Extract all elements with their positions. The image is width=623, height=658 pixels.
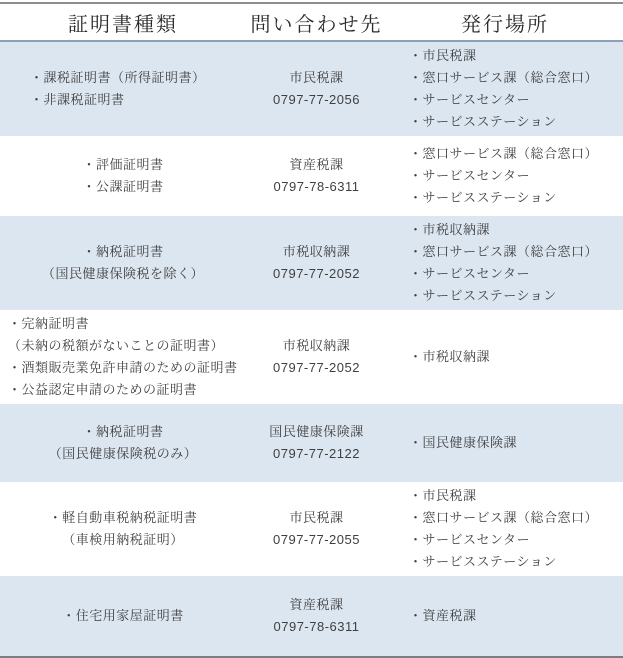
table-row: ・納税証明書（国民健康保険税のみ）国民健康保険課0797-77-2122・国民健…: [0, 404, 623, 482]
certificate-table-wrap: 証明書種類 問い合わせ先 発行場所 ・課税証明書（所得証明書）・非課税証明書市民…: [0, 0, 623, 658]
issuing-location-line: ・サービスステーション: [409, 551, 623, 573]
col-header-issuing-location: 発行場所: [387, 3, 623, 41]
contact-department: 資産税課: [246, 154, 387, 176]
certificate-type-cell: ・住宅用家屋証明書: [0, 576, 246, 657]
issuing-locations-cell: ・国民健康保険課: [387, 404, 623, 482]
contact-cell: 市税収納課0797-77-2052: [246, 310, 387, 404]
contact-phone: 0797-78-6311: [246, 176, 387, 198]
col-header-contact: 問い合わせ先: [246, 3, 387, 41]
table-row: ・課税証明書（所得証明書）・非課税証明書市民税課0797-77-2056・市民税…: [0, 41, 623, 136]
contact-cell: 資産税課0797-78-6311: [246, 576, 387, 657]
contact-phone: 0797-77-2056: [246, 89, 387, 111]
table-row: ・評価証明書・公課証明書資産税課0797-78-6311・窓口サービス課（総合窓…: [0, 136, 623, 216]
contact-department: 市民税課: [246, 67, 387, 89]
certificate-type-line: ・非課税証明書: [30, 89, 246, 111]
contact-phone: 0797-78-6311: [246, 616, 387, 638]
issuing-location-line: ・サービスステーション: [409, 187, 623, 209]
issuing-location-line: ・市民税課: [409, 485, 623, 507]
certificate-type-line: ・納税証明書: [0, 241, 246, 263]
contact-department: 市民税課: [246, 507, 387, 529]
table-row: ・住宅用家屋証明書資産税課0797-78-6311・資産税課: [0, 576, 623, 657]
col-header-certificate-type: 証明書種類: [0, 3, 246, 41]
issuing-location-line: ・市税収納課: [409, 346, 623, 368]
contact-department: 資産税課: [246, 594, 387, 616]
issuing-locations-cell: ・市税収納課: [387, 310, 623, 404]
contact-cell: 市民税課0797-77-2055: [246, 482, 387, 576]
issuing-location-line: ・市民税課: [409, 45, 623, 67]
table-row: ・軽自動車税納税証明書（車検用納税証明）市民税課0797-77-2055・市民税…: [0, 482, 623, 576]
issuing-location-line: ・窓口サービス課（総合窓口）: [409, 241, 623, 263]
issuing-location-line: ・サービスセンター: [409, 529, 623, 551]
certificate-type-line: ・課税証明書（所得証明書）: [30, 67, 246, 89]
issuing-location-line: ・サービスセンター: [409, 165, 623, 187]
certificate-type-line: ・軽自動車税納税証明書: [0, 507, 246, 529]
contact-department: 市税収納課: [246, 241, 387, 263]
contact-department: 国民健康保険課: [246, 421, 387, 443]
certificate-table: 証明書種類 問い合わせ先 発行場所 ・課税証明書（所得証明書）・非課税証明書市民…: [0, 2, 623, 658]
certificate-type-line: （国民健康保険税のみ）: [0, 443, 246, 465]
certificate-type-line: ・酒類販売業免許申請のための証明書: [8, 357, 246, 379]
contact-cell: 市民税課0797-77-2056: [246, 41, 387, 136]
issuing-location-line: ・サービスセンター: [409, 263, 623, 285]
certificate-type-cell: ・課税証明書（所得証明書）・非課税証明書: [0, 41, 246, 136]
certificate-type-line: ・完納証明書: [8, 313, 246, 335]
contact-phone: 0797-77-2122: [246, 443, 387, 465]
issuing-location-line: ・サービスステーション: [409, 285, 623, 307]
contact-department: 市税収納課: [246, 335, 387, 357]
issuing-location-line: ・窓口サービス課（総合窓口）: [409, 67, 623, 89]
certificate-type-line: （未納の税額がないことの証明書）: [8, 335, 246, 357]
contact-cell: 市税収納課0797-77-2052: [246, 216, 387, 310]
issuing-locations-cell: ・資産税課: [387, 576, 623, 657]
issuing-location-line: ・窓口サービス課（総合窓口）: [409, 507, 623, 529]
certificate-type-line: ・評価証明書: [0, 154, 246, 176]
issuing-locations-cell: ・市民税課・窓口サービス課（総合窓口）・サービスセンター・サービスステーション: [387, 41, 623, 136]
contact-cell: 資産税課0797-78-6311: [246, 136, 387, 216]
issuing-location-line: ・窓口サービス課（総合窓口）: [409, 143, 623, 165]
issuing-location-line: ・サービスセンター: [409, 89, 623, 111]
table-header-row: 証明書種類 問い合わせ先 発行場所: [0, 3, 623, 41]
certificate-type-cell: ・納税証明書（国民健康保険税を除く）: [0, 216, 246, 310]
certificate-type-line: （国民健康保険税を除く）: [0, 263, 246, 285]
certificate-type-line: ・公課証明書: [0, 176, 246, 198]
issuing-location-line: ・市税収納課: [409, 219, 623, 241]
certificate-type-cell: ・軽自動車税納税証明書（車検用納税証明）: [0, 482, 246, 576]
issuing-locations-cell: ・市民税課・窓口サービス課（総合窓口）・サービスセンター・サービスステーション: [387, 482, 623, 576]
certificate-type-line: （車検用納税証明）: [0, 529, 246, 551]
table-row: ・完納証明書（未納の税額がないことの証明書）・酒類販売業免許申請のための証明書・…: [0, 310, 623, 404]
certificate-type-cell: ・評価証明書・公課証明書: [0, 136, 246, 216]
certificate-type-line: ・住宅用家屋証明書: [0, 605, 246, 627]
certificate-type-line: ・公益認定申請のための証明書: [8, 379, 246, 401]
contact-phone: 0797-77-2055: [246, 529, 387, 551]
table-body: ・課税証明書（所得証明書）・非課税証明書市民税課0797-77-2056・市民税…: [0, 41, 623, 657]
issuing-location-line: ・資産税課: [409, 605, 623, 627]
certificate-type-cell: ・完納証明書（未納の税額がないことの証明書）・酒類販売業免許申請のための証明書・…: [0, 310, 246, 404]
issuing-locations-cell: ・市税収納課・窓口サービス課（総合窓口）・サービスセンター・サービスステーション: [387, 216, 623, 310]
contact-phone: 0797-77-2052: [246, 263, 387, 285]
issuing-location-line: ・国民健康保険課: [409, 432, 623, 454]
certificate-type-line: ・納税証明書: [0, 421, 246, 443]
issuing-locations-cell: ・窓口サービス課（総合窓口）・サービスセンター・サービスステーション: [387, 136, 623, 216]
contact-phone: 0797-77-2052: [246, 357, 387, 379]
table-row: ・納税証明書（国民健康保険税を除く）市税収納課0797-77-2052・市税収納…: [0, 216, 623, 310]
certificate-type-cell: ・納税証明書（国民健康保険税のみ）: [0, 404, 246, 482]
contact-cell: 国民健康保険課0797-77-2122: [246, 404, 387, 482]
issuing-location-line: ・サービスステーション: [409, 111, 623, 133]
